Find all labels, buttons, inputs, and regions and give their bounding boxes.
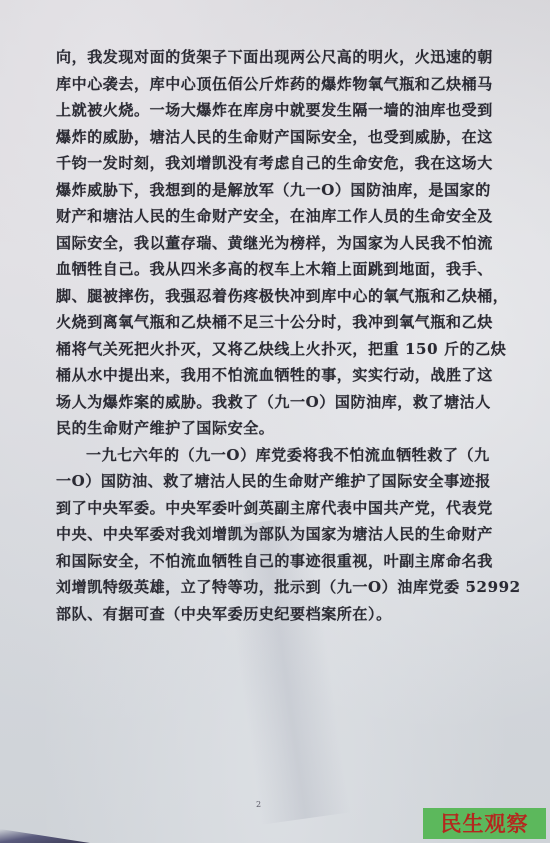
text-line: 到了中央军委。中央军委叶剑英副主席代表中国共产党，代表党	[56, 495, 486, 522]
text-line: 千钧一发时刻，我刘增凯没有考虑自己的生命安危，我在这场大	[56, 150, 486, 177]
text-line: 一九七六年的（九一O）库党委将我不怕流血牺牲救了（九	[56, 442, 486, 469]
text-line: 财产和塘沽人民的生命财产安全，在油库工作人员的生命安全及	[56, 203, 486, 230]
page-number: 2	[256, 800, 261, 809]
text-line: 血牺牲自己。我从四米多高的杈车上木箱上面跳到地面，我手、	[56, 256, 486, 283]
paragraph-1: 向，我发现对面的货架子下面出现两公尺高的明火，火迅速的朝 库中心袭去，库中心顶伍…	[56, 44, 486, 442]
document-body: 向，我发现对面的货架子下面出现两公尺高的明火，火迅速的朝 库中心袭去，库中心顶伍…	[56, 44, 486, 627]
text-line: 国际安全，我以董存瑞、黄继光为榜样，为国家为人民我不怕流	[56, 230, 486, 257]
text-line: 向，我发现对面的货架子下面出现两公尺高的明火，火迅速的朝	[56, 44, 486, 71]
text-line: 桶从水中提出来，我用不怕流血牺牲的事，实实行动，战胜了这	[56, 362, 486, 389]
text-line: 中央、中央军委对我刘增凯为部队为国家为塘沽人民的生命财产	[56, 521, 486, 548]
text-line: 爆炸威胁下，我想到的是解放军（九一O）国防油库，是国家的	[56, 177, 486, 204]
text-line: 场人为爆炸案的威胁。我救了（九一O）国防油库，救了塘沽人	[56, 389, 486, 416]
text-line: 脚、腿被摔伤，我强忍着伤疼极快冲到库中心的氧气瓶和乙炔桶，	[56, 283, 486, 310]
text-line: 上就被火烧。一场大爆炸在库房中就要发生隔一墙的油库也受到	[56, 97, 486, 124]
text-line: 和国际安全，不怕流血牺牲自己的事迹很重视，叶副主席命名我	[56, 548, 486, 575]
text-line: 民的生命财产维护了国际安全。	[56, 415, 486, 442]
text-line: 库中心袭去，库中心顶伍佰公斤炸药的爆炸物氧气瓶和乙炔桶马	[56, 71, 486, 98]
paragraph-2: 一九七六年的（九一O）库党委将我不怕流血牺牲救了（九 一O）国防油、救了塘沽人民…	[56, 442, 486, 628]
watermark-badge: 民生观察	[423, 808, 546, 839]
text-line: 桶将气关死把火扑灭，又将乙炔线上火扑灭，把重 150 斤的乙炔	[56, 336, 486, 363]
text-line: 一O）国防油、救了塘沽人民的生命财产维护了国际安全事迹报	[56, 468, 486, 495]
text-line: 部队、有据可查（中央军委历史纪要档案所在）。	[56, 601, 486, 628]
text-line: 爆炸的威胁，塘沽人民的生命财产国际安全，也受到威胁，在这	[56, 124, 486, 151]
text-line: 刘增凯特级英雄，立了特等功，批示到（九一O）油库党委 52992	[56, 574, 486, 601]
text-line: 火烧到离氧气瓶和乙炔桶不足三十公分时，我冲到氧气瓶和乙炔	[56, 309, 486, 336]
